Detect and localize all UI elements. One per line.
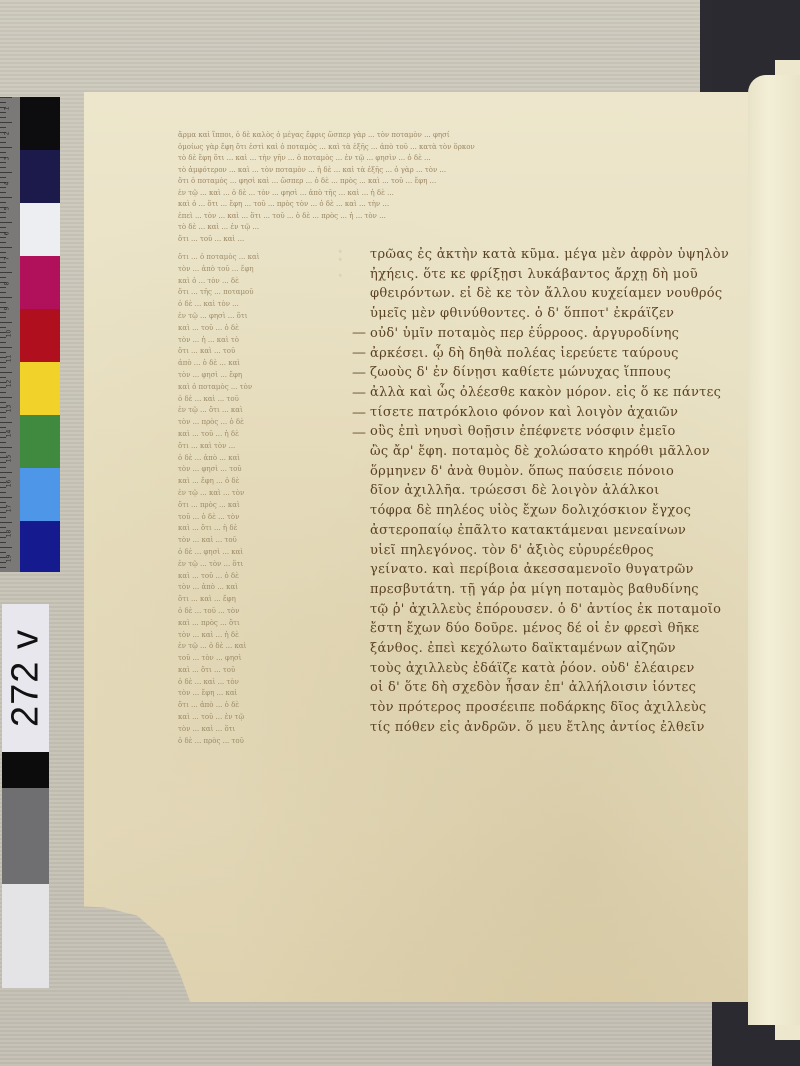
commentary-line: τὸ ἀμφότερον ... καὶ ... τὸν ποταμὸν ...…: [178, 165, 738, 177]
text-line: ὅρμηνεν δ' ἀνὰ θυμὸν. ὅπως παύσειε πόνοι…: [370, 462, 740, 482]
left-commentary-column: ὅτι ... ὁ ποταμὸς ... καὶτὸν ... ἀπὸ τοῦ…: [178, 252, 343, 747]
ruler-tick: [0, 547, 12, 548]
commentary-line: ὅτι ... τοῦ ... καὶ ...: [178, 234, 738, 246]
commentary-line: ὁ δὲ ... πρὸς ... τοῦ: [178, 736, 343, 748]
ruler-tick: [0, 202, 6, 203]
commentary-line: ὅτι ... καὶ τὸν ...: [178, 441, 343, 453]
commentary-line: ἐν τῷ ... ὅτι ... καὶ: [178, 405, 343, 417]
ruler-tick: [0, 527, 6, 528]
text-line: τίσετε πατρόκλοιο φόνον καὶ λοιγὸν ἀχαιῶ…: [370, 403, 740, 423]
swatch-light-blue: [20, 468, 60, 521]
margin-dash: —: [352, 345, 366, 361]
ruler-tick: [0, 452, 6, 453]
commentary-line: ὁ δὲ ... φησὶ ... καὶ: [178, 547, 343, 559]
gray-step-mid: [2, 788, 49, 884]
ruler-number: 9: [3, 307, 10, 311]
text-line: ἀστεροπαίῳ ἐπᾶλτο κατακτάμεναι μενεαίνων: [370, 521, 740, 541]
ruler-number: 18: [5, 530, 12, 538]
commentary-line: καὶ ... τοῦ ... ἡ δὲ: [178, 429, 343, 441]
ruler-tick: [0, 162, 6, 163]
commentary-line: καὶ ... τοῦ ... ἐν τῷ: [178, 712, 343, 724]
commentary-line: ὁ δὲ ... ἀπὸ ... καὶ: [178, 453, 343, 465]
ruler-number: 4: [3, 182, 10, 186]
ruler-tick: [0, 247, 12, 248]
text-line: τίς πόθεν εἰς ἀνδρῶν. ὅ μευ ἔτλης ἀντίος…: [370, 718, 740, 738]
ruler-tick: [0, 177, 6, 178]
ruler-number: 5: [3, 207, 10, 211]
ruler-tick: [0, 147, 12, 148]
main-text-column: τρῶας ἐς ἀκτὴν κατὰ κῦμα. μέγα μὲν ἀφρὸν…: [370, 245, 740, 738]
ruler-tick: [0, 447, 12, 448]
commentary-line: ἐπεὶ ... τὸν ... καὶ ... ὅτι ... τοῦ ...…: [178, 211, 738, 223]
text-line: τῷ ῥ' ἀχιλλεὺς ἐπόρουσεν. ὁ δ' ἀντίος ἐκ…: [370, 600, 740, 620]
ruler-tick: [0, 442, 6, 443]
ruler-tick: [0, 262, 6, 263]
text-line: υἱεῖ πηλεγόνος. τὸν δ' ἀξιὸς εὐρυρέεθρος: [370, 541, 740, 561]
commentary-line: ὅτι ὁ ποταμὸς ... φησὶ καὶ ... ὥσπερ ...…: [178, 176, 738, 188]
folio-number: 272 v: [4, 629, 47, 727]
ruler-tick: [0, 347, 12, 348]
commentary-line: ὅτι ... τῆς ... ποταμοῦ: [178, 287, 343, 299]
ruler-number: 13: [5, 405, 12, 413]
text-line: ζωοὺς δ' ἐν δίνῃσι καθίετε μώνυχας ἵππου…: [370, 363, 740, 383]
commentary-line: ὅτι ... ὁ ποταμὸς ... καὶ: [178, 252, 343, 264]
ruler-number: 14: [5, 430, 12, 438]
commentary-line: καὶ ὁ ποταμὸς ... τὸν: [178, 382, 343, 394]
commentary-line: τὸ δὲ ... καὶ ... ἐν τῷ ...: [178, 222, 738, 234]
ruler-number: 3: [3, 157, 10, 161]
ruler-tick: [0, 367, 6, 368]
swatch-black: [20, 97, 60, 150]
text-line: τρῶας ἐς ἀκτὴν κατὰ κῦμα. μέγα μὲν ἀφρὸν…: [370, 245, 740, 265]
ruler-tick: [0, 222, 12, 223]
ruler-tick: [0, 322, 12, 323]
margin-dash: —: [352, 425, 366, 441]
swatch-navy: [20, 521, 60, 572]
ruler-tick: [0, 302, 6, 303]
ruler-tick: [0, 397, 12, 398]
swatch-white: [20, 203, 60, 256]
text-line: τόφρα δὲ πηλέος υἱὸς ἔχων δολιχόσκιον ἔγ…: [370, 501, 740, 521]
ruler-tick: [0, 152, 6, 153]
text-line: ἠχήεις. ὅτε κε φρίξῃσι λυκάβαντος ἄρχῃ δ…: [370, 265, 740, 285]
ruler-tick: [0, 137, 6, 138]
commentary-line: ἀπὸ ... ὁ δὲ ... καὶ: [178, 358, 343, 370]
ruler-tick: [0, 317, 6, 318]
ruler-tick: [0, 112, 6, 113]
ruler-number: 17: [5, 505, 12, 513]
ruler-tick: [0, 392, 6, 393]
ruler-tick: [0, 377, 6, 378]
text-line: οὐδ' ὑμῖν ποταμὸς περ ἐΰρροος. ἀργυροδίν…: [370, 324, 740, 344]
commentary-line: τοῦ ... ὁ δὲ ... τὸν: [178, 512, 343, 524]
ruler-number: 16: [5, 480, 12, 488]
ruler-tick: [0, 127, 6, 128]
ruler-tick: [0, 117, 6, 118]
swatch-green: [20, 415, 60, 468]
text-line: οὓς ἐπὶ νηυσὶ θοῇσιν ἐπέφνετε νόσφιν ἐμε…: [370, 422, 740, 442]
ruler-tick: [0, 217, 6, 218]
ruler-tick: [0, 197, 12, 198]
ruler-tick: [0, 517, 6, 518]
text-line: ὣς ἄρ' ἔφη. ποταμὸς δὲ χολώσατο κηρόθι μ…: [370, 442, 740, 462]
commentary-line: ὁμοίως γὰρ ἔφη ὅτι ἐστὶ καὶ ὁ ποταμὸς ..…: [178, 142, 738, 154]
text-line: οἱ δ' ὅτε δὴ σχεδὸν ἦσαν ἐπ' ἀλλήλοισιν …: [370, 678, 740, 698]
ruler-tick: [0, 477, 6, 478]
commentary-line: καὶ ὁ ... ὅτι ... ἔφη ... τοῦ ... πρὸς τ…: [178, 199, 738, 211]
text-line: τοὺς ἀχιλλεὺς ἐδάϊζε κατὰ ῥόον. οὐδ' ἐλέ…: [370, 659, 740, 679]
margin-dash: —: [352, 385, 366, 401]
ruler-tick: [0, 167, 6, 168]
text-line: δῖον ἀχιλλῆα. τρώεσσι δὲ λοιγὸν ἀλάλκοι: [370, 481, 740, 501]
ruler-tick: [0, 327, 6, 328]
commentary-line: τὸν ... ἀπὸ ... καὶ: [178, 582, 343, 594]
commentary-line: τὸν ... φησὶ ... τοῦ: [178, 464, 343, 476]
gray-step-light: [2, 884, 49, 988]
commentary-line: ὅτι ... πρὸς ... καὶ: [178, 500, 343, 512]
commentary-line: ὅτι ... καὶ ... τοῦ: [178, 346, 343, 358]
text-line: ἔστη ἔχων δύο δοῦρε. μένος δέ οἱ ἐν φρεσ…: [370, 619, 740, 639]
commentary-line: τὸν ... φησὶ ... ἔφη: [178, 370, 343, 382]
margin-dash: —: [352, 365, 366, 381]
ruler-tick: [0, 342, 6, 343]
swatch-dark-blue: [20, 150, 60, 203]
commentary-line: τὸν ... ἡ ... καὶ τὸ: [178, 335, 343, 347]
commentary-line: καὶ ... ἔφη ... ὁ δὲ: [178, 476, 343, 488]
text-line: τὸν πρότερος προσέειπε ποδάρκης δῖος ἀχι…: [370, 698, 740, 718]
commentary-line: ὁ δὲ ... καὶ ... τὸν: [178, 677, 343, 689]
ruler-number: 7: [3, 257, 10, 261]
ruler-tick: [0, 472, 12, 473]
text-line: πρεσβυτάτη. τῇ γάρ ῥα μίγη ποταμὸς βαθυδ…: [370, 580, 740, 600]
swatch-magenta: [20, 256, 60, 309]
commentary-line: τὸν ... πρὸς ... ὁ δὲ: [178, 417, 343, 429]
ruler-tick: [0, 277, 6, 278]
commentary-line: τὸν ... καὶ ... ὅτι: [178, 724, 343, 736]
commentary-line: τὸν ... ἀπὸ τοῦ ... ἔφη: [178, 264, 343, 276]
ruler-tick: [0, 212, 6, 213]
ruler-tick: [0, 122, 12, 123]
ruler-tick: [0, 372, 12, 373]
ruler-tick: [0, 272, 12, 273]
text-line: ξάνθος. ἐπεὶ κεχόλωτο δαϊκταμένων αἰζηῶν: [370, 639, 740, 659]
ruler-tick: [0, 292, 6, 293]
ruler-tick: [0, 287, 6, 288]
measurement-ruler: 12345678910111213141516171819: [0, 97, 20, 572]
ruler-tick: [0, 352, 6, 353]
commentary-line: ὁ δὲ ... καὶ τὸν ...: [178, 299, 343, 311]
commentary-line: ὅτι ... ἀπὸ ... ὁ δὲ: [178, 700, 343, 712]
commentary-line: καὶ ... τοῦ ... ὁ δὲ: [178, 571, 343, 583]
ruler-tick: [0, 237, 6, 238]
ruler-tick: [0, 542, 6, 543]
ruler-tick: [0, 252, 6, 253]
commentary-line: καὶ ... ὅτι ... ἡ δὲ: [178, 523, 343, 535]
marginal-notes: ⁘⁘⁘: [338, 248, 342, 280]
ruler-number: 2: [3, 132, 10, 136]
commentary-line: ὁ δὲ ... καὶ ... τοῦ: [178, 394, 343, 406]
ruler-tick: [0, 522, 12, 523]
ruler-tick: [0, 402, 6, 403]
ruler-tick: [0, 552, 6, 553]
ruler-tick: [0, 467, 6, 468]
swatch-red: [20, 309, 60, 362]
top-commentary: ἄρμα καὶ ἵπποι, ὁ δὲ καλὸς ὁ μέγας ἔφρις…: [178, 130, 738, 245]
commentary-line: ἐν τῷ ... καὶ ... τὸν: [178, 488, 343, 500]
ruler-tick: [0, 567, 6, 568]
text-line: ἀλλὰ καὶ ὧς ὀλέεσθε κακὸν μόρον. εἰς ὅ κ…: [370, 383, 740, 403]
text-line: φθειρόντων. εἰ δὲ κε τὸν ἄλλου κυχείαμεν…: [370, 284, 740, 304]
commentary-line: ἐν τῷ ... καὶ ... ὁ δὲ ... τὸν ... φησὶ …: [178, 188, 738, 200]
ruler-tick: [0, 492, 6, 493]
ruler-tick: [0, 427, 6, 428]
ruler-number: 6: [3, 232, 10, 236]
ruler-tick: [0, 192, 6, 193]
folio-label-card: 272 v: [2, 604, 49, 752]
ruler-tick: [0, 502, 6, 503]
ruler-tick: [0, 142, 6, 143]
ruler-number: 10: [5, 330, 12, 338]
ruler-number: 11: [5, 355, 12, 363]
commentary-line: ἐν τῷ ... τὸν ... ὅτι: [178, 559, 343, 571]
commentary-line: τοῦ ... τὸν ... φησὶ: [178, 653, 343, 665]
ruler-number: 19: [5, 555, 12, 563]
text-line: ἀρκέσει. ᾧ δὴ δηθὰ πολέας ἱερεύετε ταύρο…: [370, 344, 740, 364]
adjacent-page: [748, 75, 800, 1025]
text-line: γείνατο. καὶ περίβοια ἀκεσσαμενοῖο θυγατ…: [370, 560, 740, 580]
commentary-line: ὁ δὲ ... τοῦ ... τὸν: [178, 606, 343, 618]
commentary-line: ἐν τῷ ... ὁ δὲ ... καὶ: [178, 641, 343, 653]
commentary-line: καὶ ὁ ... τὸν ... δὲ: [178, 276, 343, 288]
ruler-tick: [0, 312, 6, 313]
commentary-line: καὶ ... τοῦ ... ὁ δὲ: [178, 323, 343, 335]
ruler-tick: [0, 497, 12, 498]
commentary-line: τὸν ... ἔφη ... καὶ: [178, 688, 343, 700]
ruler-number: 15: [5, 455, 12, 463]
ruler-tick: [0, 187, 6, 188]
text-line: ὑμεῖς μὲν φθινύθοντες. ὁ δ' ὅπποτ' ἐκράϊ…: [370, 304, 740, 324]
gray-step-black: [2, 752, 49, 788]
commentary-line: καὶ ... ὅτι ... τοῦ: [178, 665, 343, 677]
ruler-number: 12: [5, 380, 12, 388]
commentary-line: τὸν ... καὶ ... ἡ δὲ: [178, 630, 343, 642]
ruler-tick: [0, 267, 6, 268]
commentary-line: ὅτι ... καὶ ... ἔφη: [178, 594, 343, 606]
margin-dash: —: [352, 325, 366, 341]
ruler-tick: [0, 297, 12, 298]
ruler-tick: [0, 102, 6, 103]
commentary-line: τὸ δὲ ἔφη ὅτι ... καὶ ... τὴν γῆν ... ὁ …: [178, 153, 738, 165]
ruler-number: 8: [3, 282, 10, 286]
commentary-line: καὶ ... πρὸς ... ὅτι: [178, 618, 343, 630]
ruler-number: 1: [3, 107, 10, 111]
ruler-tick: [0, 417, 6, 418]
ruler-tick: [0, 97, 12, 98]
commentary-line: ἄρμα καὶ ἵπποι, ὁ δὲ καλὸς ὁ μέγας ἔφρις…: [178, 130, 738, 142]
ruler-tick: [0, 227, 6, 228]
commentary-line: ἐν τῷ ... φησὶ ... ὅτι: [178, 311, 343, 323]
swatch-yellow: [20, 362, 60, 415]
ruler-tick: [0, 172, 12, 173]
ruler-tick: [0, 422, 12, 423]
margin-dash: —: [352, 405, 366, 421]
ruler-tick: [0, 242, 6, 243]
commentary-line: τὸν ... καὶ ... τοῦ: [178, 535, 343, 547]
